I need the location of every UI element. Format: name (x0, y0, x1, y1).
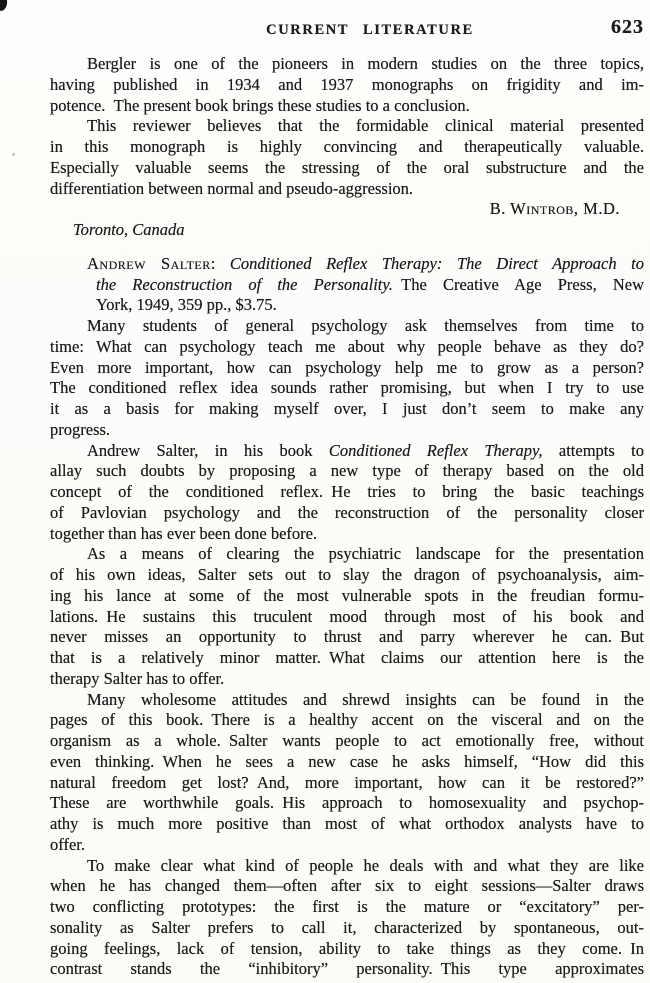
journal-page: CURRENT LITERATURE 623 Bergler is one of… (0, 0, 650, 983)
text-line: Even more important, how can psychology … (50, 358, 644, 379)
body-text: of Pavlovian psychology and the reconstr… (50, 503, 644, 522)
text-line: Bergler is one of the pioneers in modern… (50, 54, 644, 75)
para-block: To make clear what kind of people he dea… (50, 856, 644, 981)
italic-text: Toronto, Canada (73, 220, 185, 239)
body-text: These are worthwhile goals. His approach… (50, 793, 644, 812)
text-line: when he has changed them—often after six… (50, 876, 644, 897)
body-text: Especially valuable seems the stressing … (50, 158, 644, 177)
text-line: B. Wintrob, M.D. (50, 199, 644, 220)
body-text: even thinking. When he sees a new case h… (50, 752, 644, 771)
text-line: together than has ever been done before. (50, 524, 644, 545)
body-text: sonality as Salter prefers to call it, c… (50, 918, 644, 937)
page-number: 623 (611, 16, 644, 39)
para-block: Many students of general psychology ask … (50, 316, 644, 441)
scan-artifact-dot (12, 153, 15, 156)
body-text: lations. He sustains this truculent mood… (50, 607, 644, 626)
body-text: when he has changed them—often after six… (50, 876, 644, 895)
text-line: never misses an opportunity to thrust an… (50, 627, 644, 648)
para-block: Andrew Salter, in his book Conditioned R… (50, 441, 644, 545)
text-line: even thinking. When he sees a new case h… (50, 752, 644, 773)
smallcaps-text: Andrew Salter (87, 254, 211, 273)
text-line: athy is much more positive than most of … (50, 814, 644, 835)
place-block: Toronto, Canada (50, 220, 644, 241)
body-text: The Creative Age Press, New (393, 275, 644, 294)
text-line: sonality as Salter prefers to call it, c… (50, 918, 644, 939)
running-title: CURRENT LITERATURE (50, 22, 644, 39)
text-line: Andrew Salter, in his book Conditioned R… (50, 441, 644, 462)
text-line: The conditioned reflex idea sounds rathe… (50, 378, 644, 399)
body-text: York, 1949, 359 pp., $3.75. (96, 295, 277, 314)
text-line: These are worthwhile goals. His approach… (50, 793, 644, 814)
para-block: Many wholesome attitudes and shrewd insi… (50, 690, 644, 856)
text-line: offer. (50, 835, 644, 856)
text-line: As a means of clearing the psychiatric l… (50, 544, 644, 565)
text-line: going feelings, lack of tension, ability… (50, 939, 644, 960)
body-text: As a means of clearing the psychiatric l… (87, 544, 644, 563)
text-line: contrast stands the “inhibitory” persona… (50, 959, 644, 980)
text-line: therapy Salter has to offer. (50, 669, 644, 690)
body-text: offer. (50, 835, 85, 854)
text-line: Many students of general psychology ask … (50, 316, 644, 337)
text-line: it as a basis for making myself over, I … (50, 399, 644, 420)
signature-block: B. Wintrob, M.D. (50, 199, 644, 220)
body-text: Even more important, how can psychology … (50, 358, 644, 377)
body-text: Andrew Salter, in his book (87, 441, 329, 460)
text-line: York, 1949, 359 pp., $3.75. (50, 295, 644, 316)
body-text: progress. (50, 420, 110, 439)
body-text: never misses an opportunity to thrust an… (50, 627, 644, 646)
body-text: attempts to (543, 441, 644, 460)
body-text: it as a basis for making myself over, I … (50, 399, 644, 418)
body-text: organism as a whole. Salter wants people… (50, 731, 644, 750)
body-text: therapy Salter has to offer. (50, 669, 224, 688)
body-text: pages of this book. There is a healthy a… (50, 710, 644, 729)
text-line: that is a relatively minor matter. What … (50, 648, 644, 669)
text-line: having published in 1934 and 1937 monogr… (50, 75, 644, 96)
body-text: natural freedom get lost? And, more impo… (50, 773, 644, 792)
text-line: organism as a whole. Salter wants people… (50, 731, 644, 752)
body-text: time: What can psychology teach me about… (50, 337, 644, 356)
text-line: To make clear what kind of people he dea… (50, 856, 644, 877)
review-text: Bergler is one of the pioneers in modern… (50, 54, 644, 980)
text-line: two conflicting prototypes: the first is… (50, 897, 644, 918)
text-line: differentiation between normal and pseud… (50, 179, 644, 200)
body-text: contrast stands the “inhibitory” persona… (50, 959, 644, 978)
body-text: potence. The present book brings these s… (50, 96, 470, 115)
text-line: pages of this book. There is a healthy a… (50, 710, 644, 731)
body-text: ing his lance at some of the most vulner… (50, 586, 644, 605)
body-text: that is a relatively minor matter. What … (50, 648, 644, 667)
para-block: As a means of clearing the psychiatric l… (50, 544, 644, 689)
page-header: CURRENT LITERATURE 623 (50, 19, 644, 45)
body-text: differentiation between normal and pseud… (50, 179, 413, 198)
smallcaps-text: B. Wintrob, M.D. (490, 199, 620, 218)
text-line: in this monograph is highly convincing a… (50, 137, 644, 158)
text-line: Toronto, Canada (50, 220, 644, 241)
text-line: ing his lance at some of the most vulner… (50, 586, 644, 607)
body-text: going feelings, lack of tension, ability… (50, 939, 644, 958)
body-text: athy is much more positive than most of … (50, 814, 644, 833)
entry-block: Andrew Salter: Conditioned Reflex Therap… (50, 254, 644, 316)
text-line: progress. (50, 420, 644, 441)
body-text: : (211, 254, 230, 273)
body-text: allay such doubts by proposing a new typ… (50, 461, 644, 480)
text-line: Many wholesome attitudes and shrewd insi… (50, 690, 644, 711)
text-line: of his own ideas, Salter sets out to sla… (50, 565, 644, 586)
text-line: the Reconstruction of the Personality. T… (50, 275, 644, 296)
text-line: of Pavlovian psychology and the reconstr… (50, 503, 644, 524)
text-line: concept of the conditioned reflex. He tr… (50, 482, 644, 503)
para-block: Bergler is one of the pioneers in modern… (50, 54, 644, 116)
body-text: two conflicting prototypes: the first is… (50, 897, 644, 916)
text-line: natural freedom get lost? And, more impo… (50, 773, 644, 794)
text-line: potence. The present book brings these s… (50, 96, 644, 117)
body-text: of his own ideas, Salter sets out to sla… (50, 565, 644, 584)
body-text: This reviewer believes that the formidab… (87, 116, 644, 135)
text-line: time: What can psychology teach me about… (50, 337, 644, 358)
text-line: lations. He sustains this truculent mood… (50, 607, 644, 628)
body-text: together than has ever been done before. (50, 524, 317, 543)
text-line: allay such doubts by proposing a new typ… (50, 461, 644, 482)
text-line: This reviewer believes that the formidab… (50, 116, 644, 137)
italic-text: Conditioned Reflex Therapy, (329, 441, 543, 460)
body-text: To make clear what kind of people he dea… (87, 856, 644, 875)
italic-text: Conditioned Reflex Therapy: The Direct A… (230, 254, 644, 273)
body-text: concept of the conditioned reflex. He tr… (50, 482, 644, 501)
body-text: Many wholesome attitudes and shrewd insi… (87, 690, 644, 709)
para-block: This reviewer believes that the formidab… (50, 116, 644, 199)
text-line: Especially valuable seems the stressing … (50, 158, 644, 179)
body-text: Bergler is one of the pioneers in modern… (87, 54, 644, 73)
italic-text: the Reconstruction of the Personality. (96, 275, 393, 294)
body-text: Many students of general psychology ask … (87, 316, 644, 335)
body-text: The conditioned reflex idea sounds rathe… (50, 378, 644, 397)
body-text: in this monograph is highly convincing a… (50, 137, 644, 156)
text-line: Andrew Salter: Conditioned Reflex Therap… (50, 254, 644, 275)
body-text: having published in 1934 and 1937 monogr… (50, 75, 644, 94)
scan-artifact-corner (0, 0, 9, 12)
